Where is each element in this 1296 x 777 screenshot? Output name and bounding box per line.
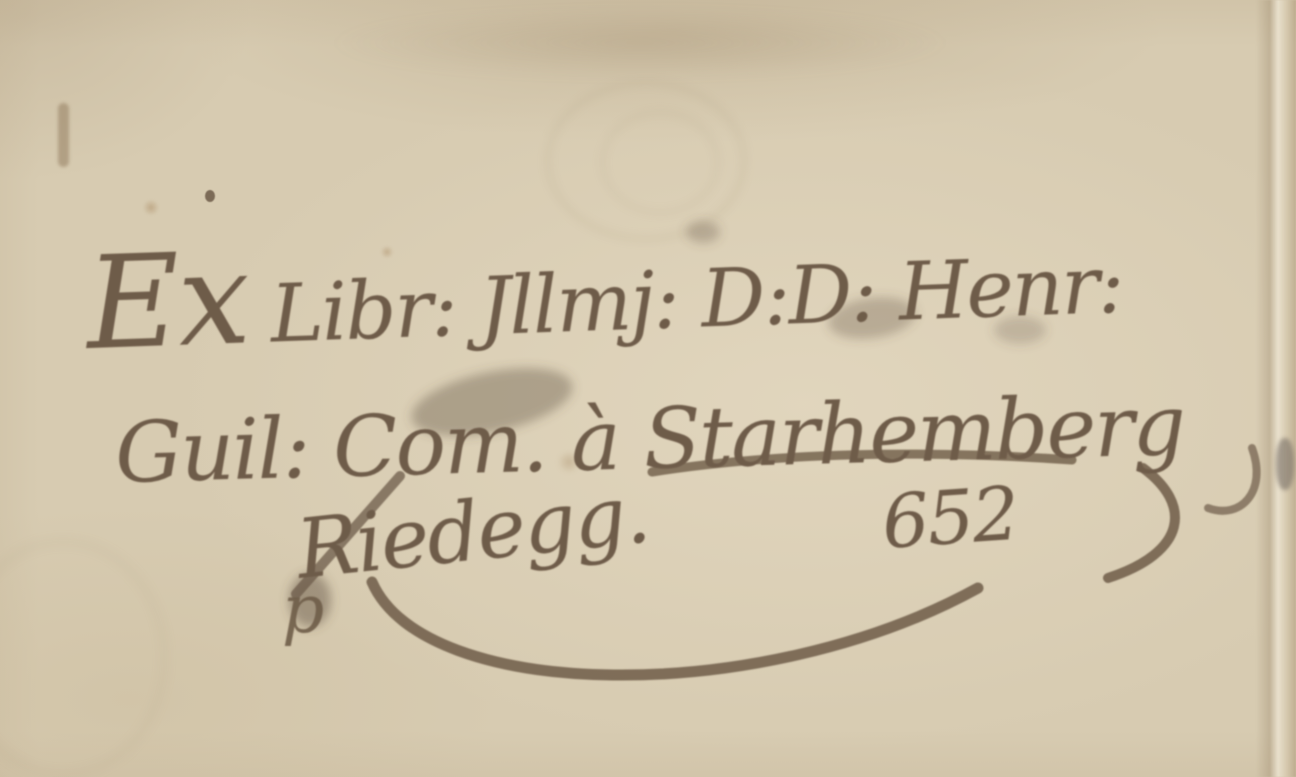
inscription-line-1: ExLibr: Jllmj: D:D: Henr: xyxy=(82,194,1124,379)
manuscript-page: ExLibr: Jllmj: D:D: Henr: Guil: Com. à S… xyxy=(0,0,1296,777)
inscription-line-2: Guil: Com. à Starhemberg xyxy=(114,376,1185,502)
fold-gray-smudge xyxy=(1276,438,1294,490)
inscription-line-1-text: Libr: Jllmj: D:D: Henr: xyxy=(267,238,1124,361)
inscription-line-1-initial: Ex xyxy=(82,224,252,379)
inscription-ink-layer: ExLibr: Jllmj: D:D: Henr: Guil: Com. à S… xyxy=(0,0,1296,777)
paraph-flourish xyxy=(372,582,978,675)
page-fold-edge xyxy=(1256,0,1296,777)
closing-bracket-flourish xyxy=(1108,468,1175,578)
berg-descender-loop xyxy=(1208,448,1257,511)
inscription-line-3-year: 652 xyxy=(879,471,1020,566)
